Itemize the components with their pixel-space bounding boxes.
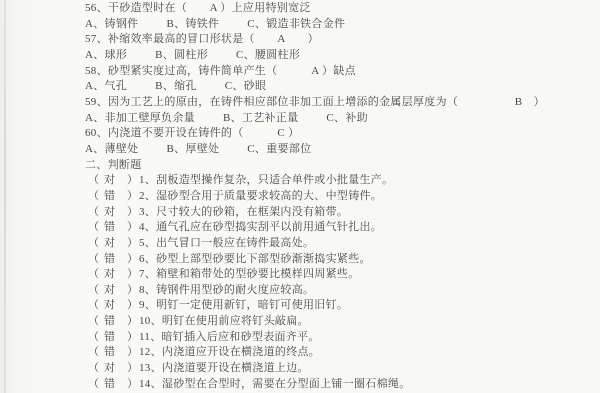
- option-56-c: C、锻造非铁合金件: [247, 17, 345, 33]
- tf-answer: 错: [104, 314, 127, 330]
- paren-close: ）: [127, 330, 139, 346]
- tf-answer: 错: [104, 189, 127, 205]
- tf-answer: 对: [104, 298, 127, 314]
- option-57-a: A、球形: [85, 48, 127, 64]
- paren-close: ）: [127, 173, 139, 189]
- paren-open: （: [85, 189, 104, 205]
- paren-open: （: [85, 345, 104, 361]
- tf-item-12: （错）12、内浇道应开设在横浇道的终点。: [85, 345, 594, 361]
- question-60: 60、内浇道不要开设在铸件的（ C ）: [85, 126, 594, 142]
- tf-text: 湿砂型在合型时，需要在分型面上铺一圈石棉绳。: [162, 378, 411, 390]
- tf-item-3: （对）3、尺寸较大的砂箱，在框架内没有箱带。: [85, 205, 594, 221]
- question-56: 56、干砂造型时在（ A ）上应用特别宽泛: [85, 1, 594, 17]
- section-title-judgment: 二、判断题: [85, 158, 594, 174]
- options-59: A、非加工壁厚负余量 B、工艺补正量 C、补助: [85, 111, 594, 127]
- option-58-c: C、砂眼: [225, 79, 267, 95]
- question-58: 58、砂型紧实度过高，铸件简单产生（ A ）缺点: [85, 64, 594, 80]
- tf-number: 9、: [139, 298, 156, 314]
- tf-item-13: （对）13、内浇道要开设在横浇道上边。: [85, 361, 594, 377]
- paren-close: ）: [127, 205, 139, 221]
- tf-answer: 错: [104, 252, 127, 268]
- option-59-c: C、补助: [326, 111, 368, 127]
- tf-number: 14、: [139, 377, 162, 393]
- paren-open: （: [85, 220, 104, 236]
- paren-open: （: [85, 267, 104, 283]
- tf-item-2: （错）2、湿砂型合用于质量要求较高的大、中型铸件。: [85, 189, 594, 205]
- options-60: A、薄壁处 B、厚壁处 C、重要部位: [85, 142, 594, 158]
- tf-text: 明钉一定使用新钉，暗钉可使用旧钉。: [156, 299, 348, 311]
- option-59-b: B、工艺补正量: [223, 111, 298, 127]
- tf-answer: 错: [104, 345, 127, 361]
- tf-number: 4、: [139, 220, 156, 236]
- option-57-c: C、腰圆柱形: [236, 48, 300, 64]
- tf-number: 3、: [139, 205, 156, 221]
- tf-text: 箱壁和箱带处的型砂要比模样四周紧些。: [156, 268, 359, 280]
- tf-answer: 对: [104, 361, 127, 377]
- tf-text: 明钉在使用前应将钉头敲扁。: [162, 315, 309, 327]
- paren-open: （: [85, 298, 104, 314]
- option-56-b: B、铸铁件: [166, 17, 219, 33]
- option-58-a: A、气孔: [85, 79, 127, 95]
- paren-close: ）: [127, 377, 139, 393]
- tf-item-5: （对）5、出气冒口一般应在铸件最高处。: [85, 236, 594, 252]
- paren-close: ）: [127, 220, 139, 236]
- tf-answer: 错: [104, 377, 127, 393]
- tf-text: 湿砂型合用于质量要求较高的大、中型铸件。: [156, 190, 382, 202]
- tf-number: 6、: [139, 252, 156, 268]
- tf-number: 13、: [139, 361, 162, 377]
- document-content: 56、干砂造型时在（ A ）上应用特别宽泛 A、铸钢件 B、铸铁件 C、锻造非铁…: [85, 1, 594, 392]
- paren-open: （: [85, 205, 104, 221]
- tf-text: 砂型上部型砂要比下部型砂渐渐捣实紧些。: [156, 253, 371, 265]
- question-57: 57、补缩效率最高的冒口形状是（ A ）: [85, 32, 594, 48]
- tf-text: 通气孔应在砂型捣实刮平以前用通气针扎出。: [156, 221, 382, 233]
- paren-close: ）: [127, 252, 139, 268]
- tf-answer: 对: [104, 236, 127, 252]
- tf-text: 刮板造型操作复杂，只适合单件或小批量生产。: [156, 174, 393, 186]
- document-page: 56、干砂造型时在（ A ）上应用特别宽泛 A、铸钢件 B、铸铁件 C、锻造非铁…: [0, 0, 600, 393]
- paren-close: ）: [127, 345, 139, 361]
- tf-item-11: （错）11、暗钉插入后应和砂型表面齐平。: [85, 330, 594, 346]
- tf-text: 尺寸较大的砂箱，在框架内没有箱带。: [156, 206, 348, 218]
- paren-close: ）: [127, 298, 139, 314]
- paren-close: ）: [127, 189, 139, 205]
- tf-answer: 对: [104, 283, 127, 299]
- tf-number: 11、: [139, 330, 162, 346]
- paren-close: ）: [127, 361, 139, 377]
- option-57-b: B、圆柱形: [155, 48, 208, 64]
- option-58-b: B、缩孔: [155, 79, 197, 95]
- tf-number: 12、: [139, 345, 162, 361]
- option-59-a: A、非加工壁厚负余量: [85, 111, 195, 127]
- tf-item-14: （错）14、湿砂型在合型时，需要在分型面上铺一圈石棉绳。: [85, 377, 594, 393]
- tf-number: 7、: [139, 267, 156, 283]
- option-60-c: C、重要部位: [247, 142, 311, 158]
- paren-open: （: [85, 361, 104, 377]
- option-56-a: A、铸钢件: [85, 17, 138, 33]
- paren-close: ）: [127, 236, 139, 252]
- tf-number: 8、: [139, 283, 156, 299]
- question-59: 59、因为工艺上的原由，在铸件相应部位非加工面上增添的金属层厚度为（ B ）: [85, 95, 594, 111]
- options-56: A、铸钢件 B、铸铁件 C、锻造非铁合金件: [85, 17, 594, 33]
- tf-text: 铸钢件用型砂的耐火度应较高。: [156, 284, 314, 296]
- tf-number: 5、: [139, 236, 156, 252]
- paren-open: （: [85, 252, 104, 268]
- tf-text: 内浇道应开设在横浇道的终点。: [162, 346, 320, 358]
- options-57: A、球形 B、圆柱形 C、腰圆柱形: [85, 48, 594, 64]
- option-60-a: A、薄壁处: [85, 142, 138, 158]
- options-58: A、气孔 B、缩孔 C、砂眼: [85, 79, 594, 95]
- tf-number: 1、: [139, 173, 156, 189]
- paren-open: （: [85, 377, 104, 393]
- tf-answer: 对: [104, 267, 127, 283]
- scan-edge-shadow: [4, 0, 6, 393]
- tf-text: 出气冒口一般应在铸件最高处。: [156, 237, 314, 249]
- paren-open: （: [85, 283, 104, 299]
- tf-item-8: （对）8、铸钢件用型砂的耐火度应较高。: [85, 283, 594, 299]
- tf-text: 内浇道要开设在横浇道上边。: [162, 362, 309, 374]
- tf-item-10: （错）10、明钉在使用前应将钉头敲扁。: [85, 314, 594, 330]
- tf-answer: 对: [104, 205, 127, 221]
- tf-item-6: （错）6、砂型上部型砂要比下部型砂渐渐捣实紧些。: [85, 252, 594, 268]
- paren-close: ）: [127, 267, 139, 283]
- paren-open: （: [85, 236, 104, 252]
- tf-item-7: （对）7、箱壁和箱带处的型砂要比模样四周紧些。: [85, 267, 594, 283]
- tf-number: 2、: [139, 189, 156, 205]
- paren-open: （: [85, 330, 104, 346]
- tf-item-4: （错）4、通气孔应在砂型捣实刮平以前用通气针扎出。: [85, 220, 594, 236]
- tf-item-1: （对）1、刮板造型操作复杂，只适合单件或小批量生产。: [85, 173, 594, 189]
- tf-answer: 错: [104, 330, 127, 346]
- tf-answer: 对: [104, 173, 127, 189]
- tf-text: 暗钉插入后应和砂型表面齐平。: [162, 331, 320, 343]
- paren-open: （: [85, 314, 104, 330]
- tf-answer: 错: [104, 220, 127, 236]
- paren-open: （: [85, 173, 104, 189]
- tf-number: 10、: [139, 314, 162, 330]
- paren-close: ）: [127, 283, 139, 299]
- option-60-b: B、厚壁处: [166, 142, 219, 158]
- paren-close: ）: [127, 314, 139, 330]
- tf-item-9: （对）9、明钉一定使用新钉，暗钉可使用旧钉。: [85, 298, 594, 314]
